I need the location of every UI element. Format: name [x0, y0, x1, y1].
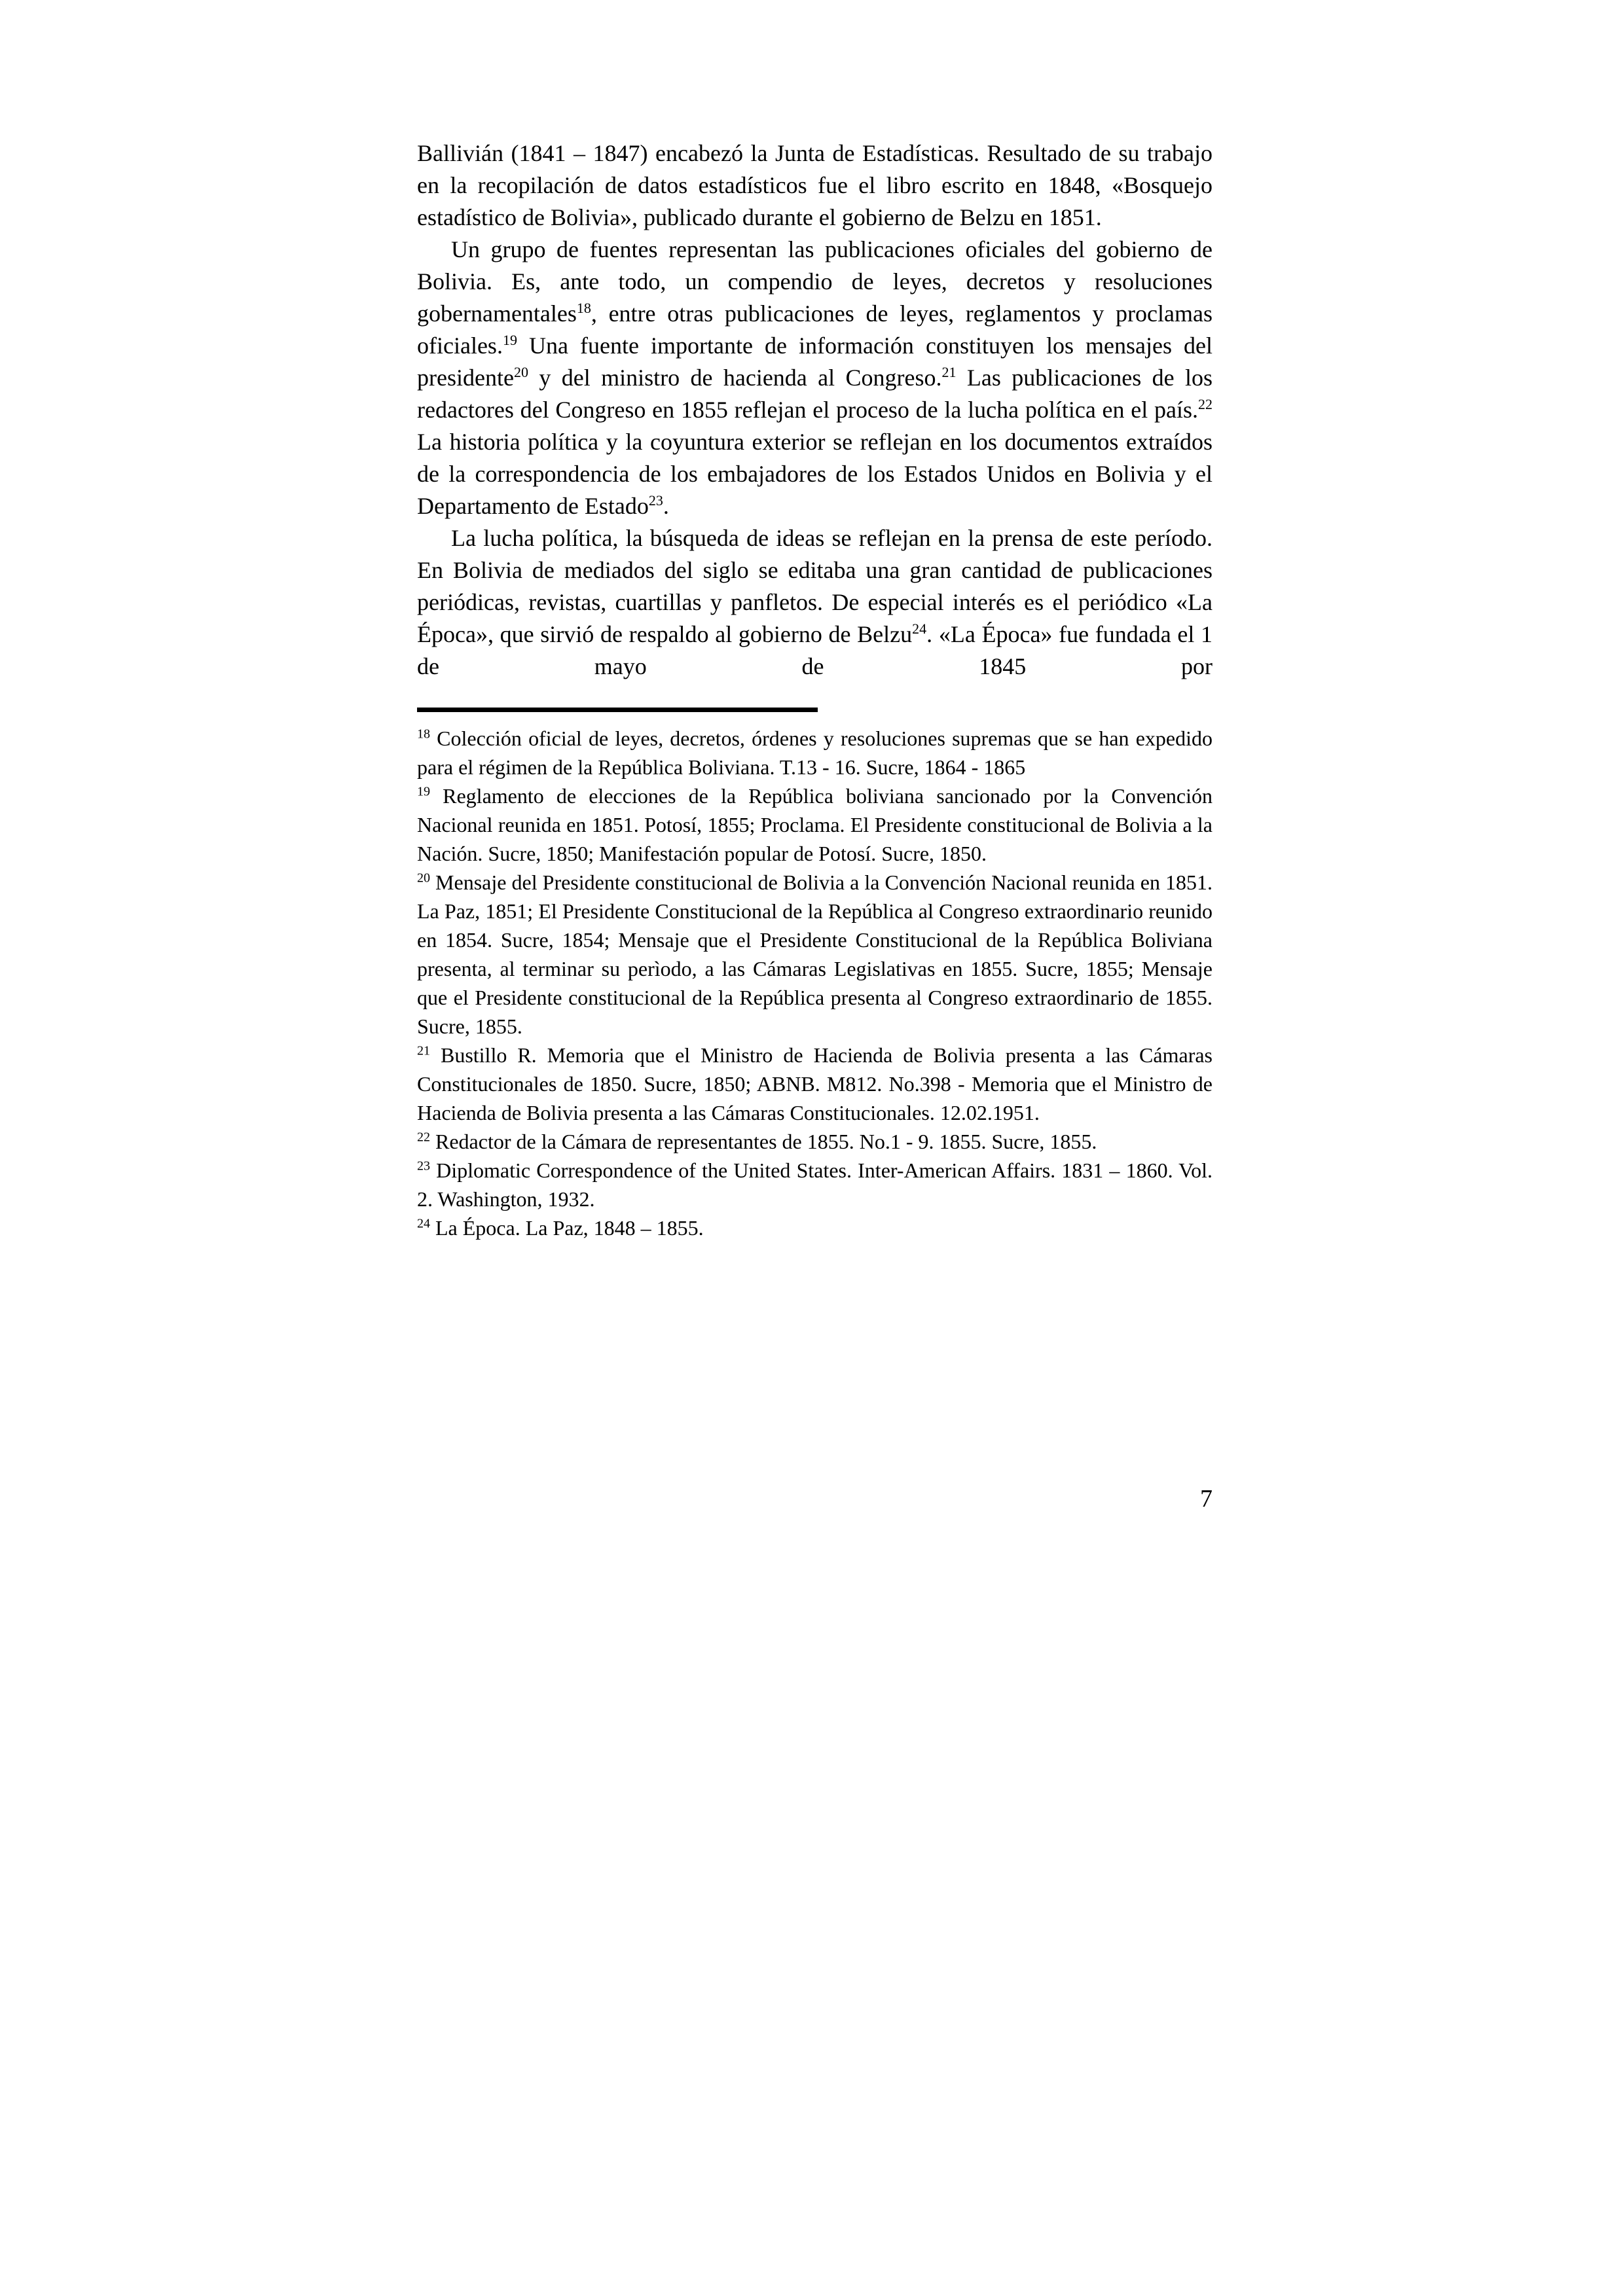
footnote-ref: 21: [942, 364, 957, 380]
footnote-ref: 19: [503, 332, 517, 348]
footnote: 19 Reglamento de elecciones de la Repúbl…: [417, 781, 1213, 868]
footnote: 23 Diplomatic Correspondence of the Unit…: [417, 1156, 1213, 1213]
paragraph: Un grupo de fuentes representan las publ…: [417, 234, 1213, 522]
paragraph: La lucha política, la búsqueda de ideas …: [417, 522, 1213, 683]
footnote: 22 Redactor de la Cámara de representant…: [417, 1127, 1213, 1156]
footnote-number: 23: [417, 1158, 430, 1173]
footnote-ref: 24: [912, 620, 926, 637]
footnote: 24 La Época. La Paz, 1848 – 1855.: [417, 1213, 1213, 1242]
footnote-number: 18: [417, 726, 430, 741]
footnote-number: 22: [417, 1130, 430, 1144]
footnote-ref: 23: [649, 492, 663, 509]
footnote-separator: [417, 708, 818, 712]
footnote-number: 21: [417, 1043, 430, 1058]
page-number: 7: [1200, 1484, 1213, 1513]
footnote: 21 Bustillo R. Memoria que el Ministro d…: [417, 1041, 1213, 1127]
footnote-number: 24: [417, 1216, 430, 1230]
footnote-ref: 22: [1198, 396, 1213, 412]
text-column: Ballivián (1841 – 1847) encabezó la Junt…: [417, 137, 1213, 1242]
footnote-number: 19: [417, 784, 430, 798]
footnote: 18 Colección oficial de leyes, decretos,…: [417, 724, 1213, 781]
paragraph: Ballivián (1841 – 1847) encabezó la Junt…: [417, 137, 1213, 234]
footnote-ref: 18: [577, 300, 591, 316]
main-text: Ballivián (1841 – 1847) encabezó la Junt…: [417, 137, 1213, 683]
footnote: 20 Mensaje del Presidente constitucional…: [417, 868, 1213, 1041]
document-page: { "document": { "language": "es", "page_…: [0, 0, 1623, 2296]
footnote-number: 20: [417, 870, 430, 885]
footnotes-section: 18 Colección oficial de leyes, decretos,…: [417, 724, 1213, 1242]
footnote-ref: 20: [514, 364, 528, 380]
